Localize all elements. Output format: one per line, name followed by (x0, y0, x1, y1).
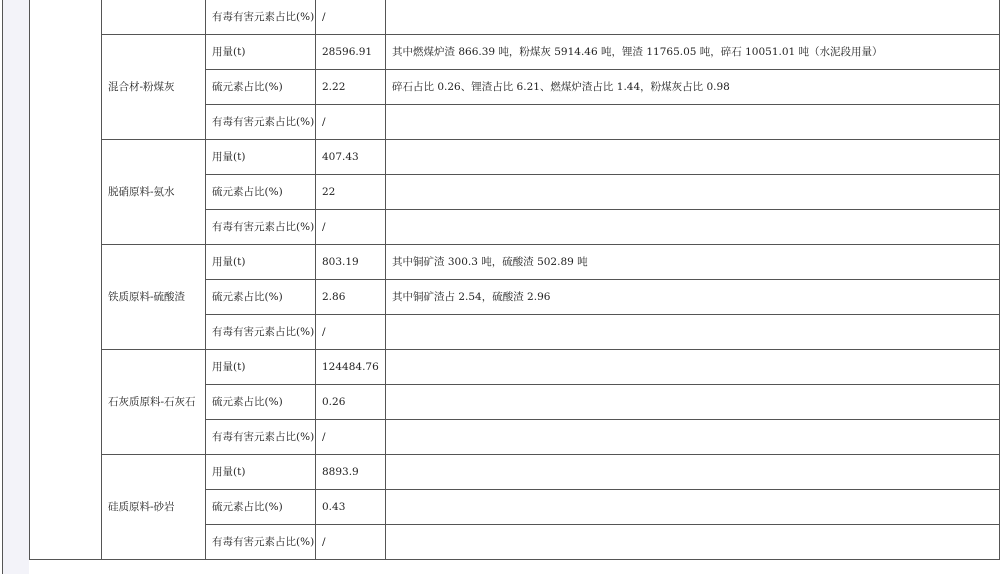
item-cell: 有毒有害元素占比(%) (206, 0, 316, 35)
note-cell (386, 315, 1000, 350)
item-cell: 用量(t) (206, 455, 316, 490)
item-cell: 硫元素占比(%) (206, 490, 316, 525)
note-cell: 其中铜矿渣占 2.54，硫酸渣 2.96 (386, 280, 1000, 315)
material-name-cell (102, 0, 206, 35)
note-cell (386, 105, 1000, 140)
material-name-cell: 脱硝原料-氨水 (102, 140, 206, 245)
note-cell (386, 490, 1000, 525)
note-cell (386, 525, 1000, 560)
material-name-cell: 铁质原料-硫酸渣 (102, 245, 206, 350)
item-cell: 用量(t) (206, 140, 316, 175)
material-name-cell: 混合材-粉煤灰 (102, 35, 206, 140)
material-name-cell: 石灰质原料-石灰石 (102, 350, 206, 455)
item-cell: 硫元素占比(%) (206, 70, 316, 105)
left-margin-column (2, 0, 29, 574)
table-row: 混合材-粉煤灰 用量(t) 28596.91 其中燃煤炉渣 866.39 吨，粉… (30, 35, 1000, 70)
value-cell: 124484.76 (316, 350, 386, 385)
value-cell: / (316, 105, 386, 140)
value-cell: / (316, 420, 386, 455)
value-cell: 28596.91 (316, 35, 386, 70)
value-cell: 2.86 (316, 280, 386, 315)
value-cell: / (316, 0, 386, 35)
note-cell (386, 175, 1000, 210)
value-cell: 2.22 (316, 70, 386, 105)
table-row: 铁质原料-硫酸渣 用量(t) 803.19 其中铜矿渣 300.3 吨，硫酸渣 … (30, 245, 1000, 280)
note-cell (386, 350, 1000, 385)
note-cell: 其中铜矿渣 300.3 吨，硫酸渣 502.89 吨 (386, 245, 1000, 280)
value-cell: 0.26 (316, 385, 386, 420)
value-cell: / (316, 315, 386, 350)
value-cell: 803.19 (316, 245, 386, 280)
item-cell: 用量(t) (206, 35, 316, 70)
table-row: 有毒有害元素占比(%) / (30, 0, 1000, 35)
item-cell: 硫元素占比(%) (206, 280, 316, 315)
note-cell (386, 210, 1000, 245)
material-name-cell: 硅质原料-砂岩 (102, 455, 206, 560)
category-column-cell (30, 0, 102, 560)
item-cell: 有毒有害元素占比(%) (206, 105, 316, 140)
item-cell: 有毒有害元素占比(%) (206, 210, 316, 245)
table-row: 硅质原料-砂岩 用量(t) 8893.9 (30, 455, 1000, 490)
note-cell: 其中燃煤炉渣 866.39 吨，粉煤灰 5914.46 吨，锂渣 11765.0… (386, 35, 1000, 70)
note-cell: 碎石占比 0.26、锂渣占比 6.21、燃煤炉渣占比 1.44，粉煤灰占比 0.… (386, 70, 1000, 105)
raw-material-table: 有毒有害元素占比(%) / 混合材-粉煤灰 用量(t) 28596.91 其中燃… (29, 0, 1000, 560)
table-row: 石灰质原料-石灰石 用量(t) 124484.76 (30, 350, 1000, 385)
item-cell: 硫元素占比(%) (206, 175, 316, 210)
item-cell: 有毒有害元素占比(%) (206, 420, 316, 455)
item-cell: 有毒有害元素占比(%) (206, 525, 316, 560)
value-cell: 407.43 (316, 140, 386, 175)
item-cell: 有毒有害元素占比(%) (206, 315, 316, 350)
note-cell (386, 0, 1000, 35)
item-cell: 硫元素占比(%) (206, 385, 316, 420)
item-cell: 用量(t) (206, 245, 316, 280)
value-cell: 0.43 (316, 490, 386, 525)
item-cell: 用量(t) (206, 350, 316, 385)
document-page: 有毒有害元素占比(%) / 混合材-粉煤灰 用量(t) 28596.91 其中燃… (0, 0, 1000, 574)
value-cell: / (316, 525, 386, 560)
value-cell: 22 (316, 175, 386, 210)
value-cell: 8893.9 (316, 455, 386, 490)
table-row: 脱硝原料-氨水 用量(t) 407.43 (30, 140, 1000, 175)
note-cell (386, 420, 1000, 455)
note-cell (386, 140, 1000, 175)
note-cell (386, 455, 1000, 490)
value-cell: / (316, 210, 386, 245)
note-cell (386, 385, 1000, 420)
